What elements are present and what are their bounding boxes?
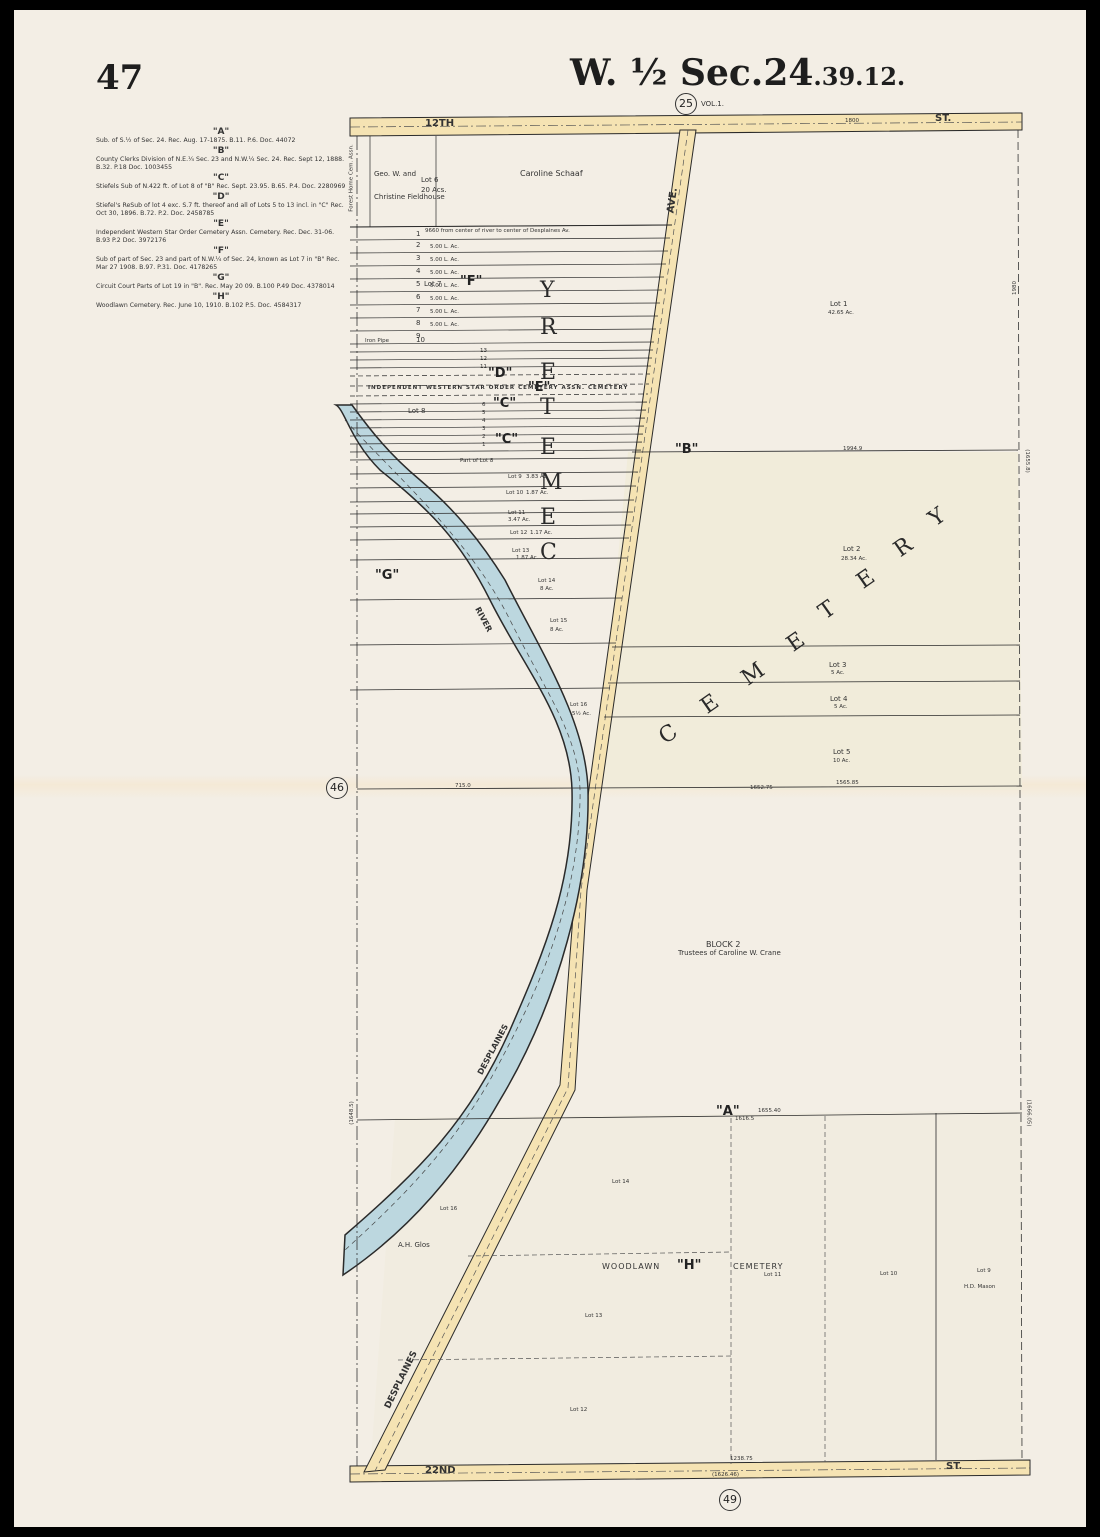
forest-home-label: Forest Home Cem. Assn.: [349, 144, 355, 211]
c-lot: 1: [482, 442, 486, 448]
dim-lot5-south: 1565.85: [836, 780, 859, 786]
lot9w-label: Lot 9: [508, 474, 522, 480]
part-lot8-label: Part of Lot 8: [460, 458, 493, 464]
f-lot: 8: [416, 319, 420, 327]
legend-desc-a: Sub. of S.½ of Sec. 24. Rec. Aug. 17-187…: [96, 137, 346, 145]
legend-desc-f: Sub of part of Sec. 23 and part of N.W.¼…: [96, 256, 346, 272]
cemetery-vertical-letter: T: [540, 395, 555, 420]
lot3-label: Lot 3: [829, 661, 846, 669]
legend-desc-c: Stiefels Sub of N.422 ft. of Lot 8 of "B…: [96, 183, 346, 191]
lot1-area: 42.65 Ac.: [828, 310, 854, 316]
key-d: "D": [488, 366, 512, 381]
lot4-area: 5 Ac.: [834, 704, 848, 710]
f-lot-area: 5.00 L. Ac.: [430, 244, 459, 250]
dim-east-paren-lower: (1666.05): [1026, 1099, 1032, 1126]
lot1-label: Lot 1: [830, 300, 847, 308]
f-lot-area: 5.00 L. Ac.: [430, 322, 459, 328]
ref-circle-top: 25: [675, 93, 697, 115]
key-f: "F": [460, 274, 482, 289]
title-suffix: .39.12.: [813, 62, 905, 91]
d-lot: 13: [480, 348, 487, 354]
lot11s-label: Lot 11: [764, 1272, 781, 1278]
iron-pipe-label: Iron Pipe: [365, 338, 389, 344]
dim-b-line: 1994.9: [843, 446, 862, 452]
vol-note: VOL.1.: [701, 100, 724, 108]
cemetery-vertical-letter: E: [540, 435, 556, 460]
lot5-label: Lot 5: [833, 748, 850, 756]
f-lot: 3: [416, 254, 420, 262]
cemetery-vertical-letter: R: [540, 315, 557, 340]
cemetery-vertical-letter: E: [540, 505, 556, 530]
key-g: "G": [375, 568, 399, 583]
street-label-12th: 12TH: [425, 118, 454, 129]
f-lot: 1: [416, 230, 420, 238]
key-c-lower: "C": [495, 432, 518, 447]
legend-desc-d: Stiefel's ReSub of lot 4 exc. S.7 ft. th…: [96, 202, 346, 218]
legend-key-d: "D": [96, 192, 346, 202]
f-lot-area: 5.00 L. Ac.: [430, 270, 459, 276]
c-lot: 6: [482, 402, 486, 408]
dim-west-paren: (1648.5): [349, 1101, 355, 1125]
lot14w-label: Lot 14: [538, 578, 555, 584]
lot6-label: Lot 6: [421, 176, 438, 184]
lot13w-label: Lot 13: [512, 548, 529, 554]
woodlawn-label: WOODLAWN: [602, 1262, 660, 1271]
c-lot: 4: [482, 418, 486, 424]
lot16s-label: Lot 16: [440, 1206, 457, 1212]
page-number: 47: [96, 58, 143, 98]
dim-south-22nd: 1238.75: [730, 1456, 753, 1462]
legend-desc-g: Circuit Court Parts of Lot 19 in "B". Re…: [96, 283, 346, 291]
cemetery-label: CEMETERY: [733, 1262, 783, 1271]
lot2-area: 28.34 Ac.: [841, 556, 867, 562]
dim-quarter-line: 1652.75: [750, 785, 773, 791]
dim-west-quarter: 715.0: [455, 783, 471, 789]
lot16w-label: Lot 16: [570, 702, 587, 708]
legend-key-a: "A": [96, 127, 346, 137]
key-b: "B": [675, 442, 698, 457]
lot10s-label: Lot 10: [880, 1271, 897, 1277]
glos-label: A.H. Glos: [398, 1241, 430, 1249]
lot4-label: Lot 4: [830, 695, 847, 703]
legend-desc-b: County Clerks Division of N.E.¼ Sec. 23 …: [96, 156, 346, 172]
lot3-area: 5 Ac.: [831, 670, 845, 676]
legend-key-e: "E": [96, 219, 346, 229]
c-lot: 3: [482, 426, 486, 432]
d-lot: 12: [480, 356, 487, 362]
lot11w-area: 3.47 Ac.: [508, 517, 530, 523]
f-lot: 4: [416, 267, 420, 275]
cemetery-vertical-letter: Y: [540, 278, 555, 303]
lot9s-label: Lot 9: [977, 1268, 991, 1274]
dim-a-sub: 1616.5: [735, 1116, 754, 1122]
f-lot-area: 5.00 L. Ac.: [430, 309, 459, 315]
lot15w-label: Lot 15: [550, 618, 567, 624]
f-lot: 10: [416, 336, 425, 344]
legend-key-c: "C": [96, 173, 346, 183]
lot10w-area: 1.87 Ac.: [526, 490, 548, 496]
legend-desc-h: Woodlawn Cemetery. Rec. June 10, 1910. B…: [96, 302, 346, 310]
lot12w-area: 1.17 Ac.: [530, 530, 552, 536]
lot5-area: 10 Ac.: [833, 758, 850, 764]
subdivision-legend: "A" Sub. of S.½ of Sec. 24. Rec. Aug. 17…: [96, 126, 346, 310]
cemetery-vertical-letter: C: [540, 540, 557, 565]
lot8-label: Lot 8: [408, 407, 425, 415]
tint-b-area: [596, 452, 1022, 790]
mason-label: H.D. Mason: [964, 1284, 995, 1290]
block2-label: BLOCK 2: [706, 940, 740, 949]
lot2-label: Lot 2: [843, 545, 860, 553]
street-label-22nd: 22ND: [425, 1465, 456, 1476]
iwso-label: INDEPENDENT WESTERN STAR ORDER CEMETERY …: [368, 385, 628, 391]
lot15w-area: 8 Ac.: [550, 627, 564, 633]
f-lot-area: 5.00 L. Ac.: [430, 296, 459, 302]
dim-12th-frontage: 1800: [845, 118, 859, 124]
school-label: Caroline Schaaf: [520, 169, 583, 178]
c-lot: 5: [482, 410, 486, 416]
lot13s-label: Lot 13: [585, 1313, 602, 1319]
dim-a-line: 1655.40: [758, 1108, 781, 1114]
f-lot: 6: [416, 293, 420, 301]
cemetery-vertical-letter: E: [540, 360, 556, 385]
legend-key-b: "B": [96, 146, 346, 156]
title-main: W. ½ Sec.24: [570, 52, 813, 94]
lot7-label: Lot 7: [424, 280, 441, 288]
dim-east-line: 1980: [1012, 281, 1018, 295]
ref-circle-bottom: 49: [719, 1489, 741, 1511]
ref-circle-left: 46: [326, 777, 348, 799]
street-label-12th-st: ST.: [935, 113, 951, 124]
fieldhouse-label-2: Christine Fieldhouse: [374, 193, 445, 201]
section-title: W. ½ Sec.24.39.12.: [570, 52, 905, 94]
lot12s-label: Lot 12: [570, 1407, 587, 1413]
river-distance-note: 9660 from center of river to center of D…: [425, 228, 570, 234]
lot14w-area: 8 Ac.: [540, 586, 554, 592]
f-lot: 7: [416, 306, 420, 314]
lot10w-label: Lot 10: [506, 490, 523, 496]
key-h: "H": [677, 1258, 701, 1273]
lot14s-label: Lot 14: [612, 1179, 629, 1185]
f-lot: 2: [416, 241, 420, 249]
dim-east-paren-upper: (1655.8): [1024, 449, 1030, 473]
d-lot: 11: [480, 364, 487, 370]
f-lot: 5: [416, 280, 420, 288]
f-lot-area: 5.00 L. Ac.: [430, 257, 459, 263]
lot11w-label: Lot 11: [508, 510, 525, 516]
key-c-upper: "C": [493, 396, 516, 411]
lot16w-area: 5½ Ac.: [572, 711, 591, 717]
block2-owner: Trustees of Caroline W. Crane: [678, 949, 781, 957]
street-label-22nd-st: ST.: [946, 1461, 962, 1472]
lot9w-area: 3.83 Ac.: [526, 474, 548, 480]
lot13w-area: 1.87 Ac.: [516, 555, 538, 561]
lot12w-label: Lot 12: [510, 530, 527, 536]
lot6-area: 20 Acs.: [421, 186, 447, 194]
c-lot: 2: [482, 434, 486, 440]
dim-south-22nd-paren: (1626.46): [712, 1472, 739, 1478]
legend-key-h: "H": [96, 292, 346, 302]
legend-key-f: "F": [96, 246, 346, 256]
fieldhouse-label-1: Geo. W. and: [374, 170, 416, 178]
legend-key-g: "G": [96, 273, 346, 283]
legend-desc-e: Independent Western Star Order Cemetery …: [96, 229, 346, 245]
